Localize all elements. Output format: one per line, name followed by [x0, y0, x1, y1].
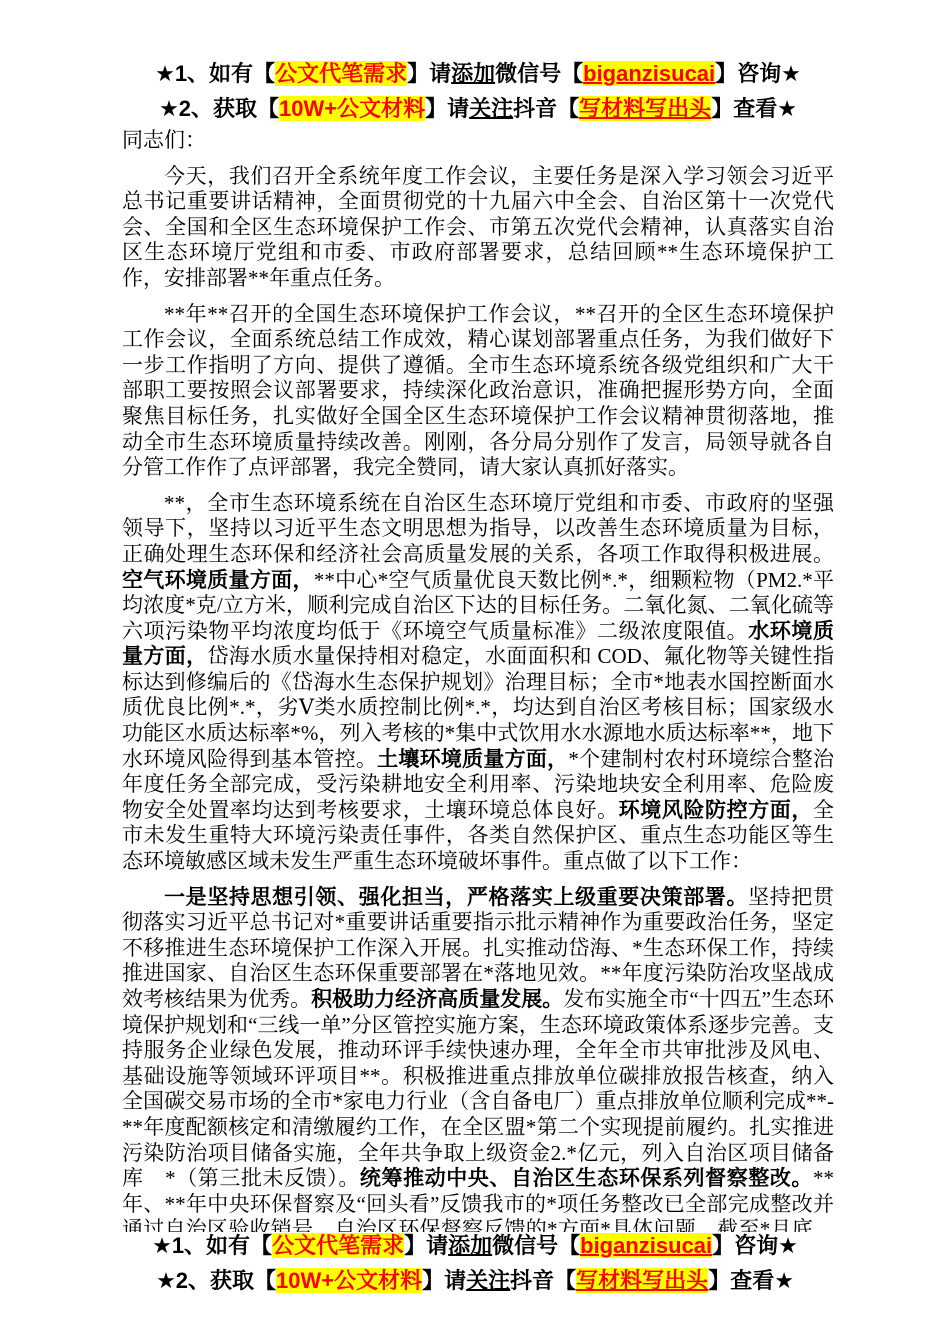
text-run: 公文代笔需求 [275, 61, 407, 86]
body-paragraph: 一是坚持思想引领、强化担当，严格落实上级重要决策部署。坚持把贯彻落实习近平总书记… [122, 885, 834, 1232]
text-run: 】查看★ [708, 1268, 794, 1293]
body-paragraph: **年**召开的全国生态环境保护工作会议，**召开的全区生态环境保护工作会议，全… [122, 302, 834, 481]
promo-line: ★1、如有【公文代笔需求】请添加微信号【biganzisucai】咨询★ [0, 1228, 950, 1263]
text-run: 土壤环境质量方面， [377, 748, 568, 771]
document-body: 同志们： 今天，我们召开全系统年度工作会议，主要任务是深入学习领会习近平总书记重… [122, 128, 834, 1232]
text-run: ★2、获取【 [159, 96, 279, 121]
text-run: 】请 [425, 96, 469, 121]
promo-line: ★2、获取【10W+公文材料】请关注抖音【写材料写出头】查看★ [122, 91, 834, 126]
text-run: 统筹推动中央、自治区生态环保系列督察整改。 [360, 1167, 813, 1190]
text-run: 】请 [407, 61, 451, 86]
text-run: 抖音【 [513, 96, 579, 121]
text-run: 】请 [422, 1268, 466, 1293]
promo-line: ★1、如有【公文代笔需求】请添加微信号【biganzisucai】咨询★ [122, 56, 834, 91]
text-run: 今天，我们召开全系统年度工作会议，主要任务是深入学习领会习近平总书记重要讲话精神… [122, 164, 834, 290]
text-run: 】请 [404, 1233, 448, 1258]
text-run: **年**召开的全国生态环境保护工作会议，**召开的全区生态环境保护工作会议，全… [122, 302, 834, 480]
text-run: 写材料写出头 [576, 1268, 708, 1293]
text-run: ★1、如有【 [152, 1233, 272, 1258]
text-run: 关注 [469, 96, 513, 121]
text-run: 】查看★ [711, 96, 797, 121]
text-run: ★2、获取【 [156, 1268, 276, 1293]
text-run: 10W+公文材料 [279, 96, 425, 121]
text-run: 】咨询★ [712, 1233, 798, 1258]
text-run: 微信号【 [492, 1233, 580, 1258]
document-page: ★1、如有【公文代笔需求】请添加微信号【biganzisucai】咨询★ ★2、… [0, 0, 950, 1344]
text-run: 积极助力经济高质量发展。 [311, 988, 563, 1011]
text-run: biganzisucai [583, 61, 715, 86]
body-paragraph: 今天，我们召开全系统年度工作会议，主要任务是深入学习领会习近平总书记重要讲话精神… [122, 164, 834, 292]
text-run: 公文代笔需求 [272, 1233, 404, 1258]
promo-line: ★2、获取【10W+公文材料】请关注抖音【写材料写出头】查看★ [0, 1263, 950, 1298]
text-run: 关注 [466, 1268, 510, 1293]
salutation: 同志们： [122, 128, 834, 154]
body-paragraph: **，全市生态环境系统在自治区生态环境厅党组和市委、市政府的坚强领导下，坚持以习… [122, 491, 834, 875]
text-run: ★1、如有【 [155, 61, 275, 86]
text-run: 10W+公文材料 [276, 1268, 422, 1293]
text-run: 写材料写出头 [579, 96, 711, 121]
text-run: **，全市生态环境系统在自治区生态环境厅党组和市委、市政府的坚强领导下，坚持以习… [122, 491, 834, 566]
text-run: 抖音【 [510, 1268, 576, 1293]
promo-banner-top: ★1、如有【公文代笔需求】请添加微信号【biganzisucai】咨询★ ★2、… [122, 56, 834, 126]
text-run: 微信号【 [495, 61, 583, 86]
promo-banner-bottom: ★1、如有【公文代笔需求】请添加微信号【biganzisucai】咨询★ ★2、… [0, 1228, 950, 1298]
text-run: 添加 [451, 61, 495, 86]
text-run: 环境风险防控方面， [619, 799, 813, 822]
text-run: 添加 [448, 1233, 492, 1258]
text-run: 发布实施全市“十四五”生态环境保护规划和“三线一单”分区管控实施方案，生态环境政… [122, 987, 834, 1190]
text-run: 一是坚持思想引领、强化担当，严格落实上级重要决策部署。 [164, 886, 748, 909]
text-run: 空气环境质量方面， [122, 569, 314, 592]
text-run: 】咨询★ [715, 61, 801, 86]
text-run: biganzisucai [580, 1233, 712, 1258]
